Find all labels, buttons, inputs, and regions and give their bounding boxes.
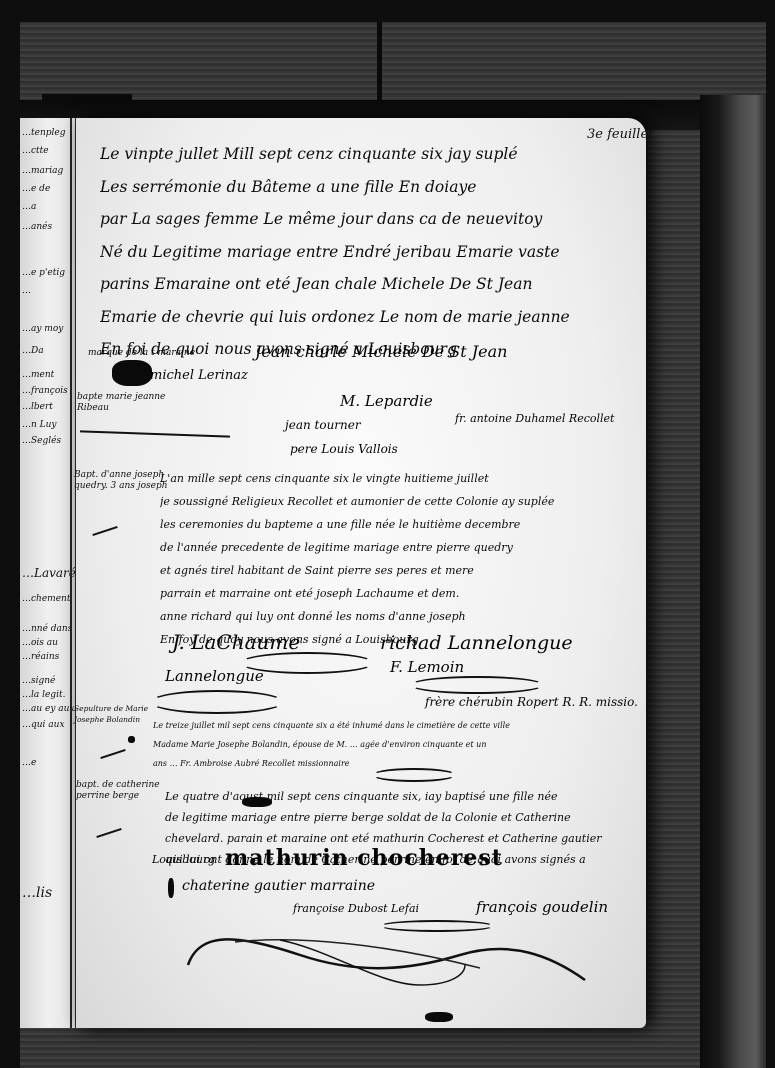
left-fragment: …au ey aux <box>22 704 75 715</box>
entry-line: de legitime mariage entre pierre berge s… <box>165 808 643 829</box>
left-fragment: …a <box>22 202 36 213</box>
left-fragment: …chement <box>22 594 70 605</box>
margin-note-entry-1: bapte marie jeanne Ribeau <box>77 392 165 414</box>
entry-line: Madame Marie Josephe Bolandin, épouse de… <box>153 736 643 755</box>
left-fragment: …Da <box>22 346 44 357</box>
left-fragment: …anés <box>22 222 52 233</box>
entry-line: de l'année precedente de legitime mariag… <box>160 537 640 560</box>
margin-note-line: Josephe Bolandin <box>74 714 148 725</box>
signature: pere Louis Vallois <box>290 442 398 456</box>
ink-smudge <box>425 1012 453 1022</box>
entry-line: anne richard qui luy ont donné les noms … <box>160 606 640 629</box>
entry-line: et agnés tirel habitant de Saint pierre … <box>160 560 640 583</box>
left-fragment: …la legit. <box>22 690 65 701</box>
margin-note-line: Ribeau <box>77 403 165 414</box>
signature-flourish <box>150 690 284 714</box>
left-fragment: …Lavaré <box>22 568 76 579</box>
signature: jean tourner <box>285 418 361 432</box>
closing-flourish <box>180 930 600 1000</box>
margin-note-line: bapt. de catherine <box>76 780 160 791</box>
margin-note-line: perrine berge <box>76 791 160 802</box>
entry-line: parins Emaraine ont eté Jean chale Miche… <box>100 268 645 301</box>
left-fragment: … <box>22 286 31 297</box>
margin-note-entry-3: Sepulture de Marie Josephe Bolandin <box>74 703 148 725</box>
left-fragment: …e <box>22 758 36 769</box>
signature: Lannelongue <box>165 667 264 685</box>
ink-mark <box>168 878 174 898</box>
ink-dot <box>128 736 135 743</box>
place-name: Louisbourg <box>152 853 215 866</box>
signature: Jean charle Michele De St Jean <box>255 342 507 361</box>
left-fragment: …n Luy <box>22 420 57 431</box>
left-fragment: …Seglés <box>22 436 61 447</box>
margin-note-line: Bapt. d'anne joseph <box>74 470 168 481</box>
left-fragment: …nné dans <box>22 624 72 635</box>
entry-line: Le quatre d'aoust mil sept cens cinquant… <box>165 787 643 808</box>
entry-line: Le vinpte jullet Mill sept cenz cinquant… <box>100 138 645 171</box>
signature: M. Lepardie <box>340 392 433 410</box>
margin-note-entry-2: Bapt. d'anne joseph quedry. 3 ans joseph <box>74 470 168 492</box>
signature: richad Lannelongue <box>380 632 573 654</box>
left-fragment: …lis <box>22 888 52 899</box>
signature: mathurin chocherest <box>225 845 503 871</box>
page-gutter <box>70 118 72 1028</box>
ink-blot <box>112 360 152 386</box>
left-fragment: …qui aux <box>22 720 65 731</box>
binding-shadow-right <box>700 95 766 1068</box>
signature: fr. antoine Duhamel Recollet <box>455 412 614 425</box>
burial-entry-3: Le treize juillet mil sept cens cinquant… <box>153 717 643 774</box>
entry-line: Les serrémonie du Bâteme a une fille En … <box>100 171 645 204</box>
left-fragment: …ay moy <box>22 324 63 335</box>
entry-line: parrain et marraine ont eté joseph Lacha… <box>160 583 640 606</box>
left-fragment: …e p'etig <box>22 268 65 279</box>
entry-line: Emarie de chevrie qui luis ordonez Le no… <box>100 301 645 334</box>
left-fragment: …mariag <box>22 166 63 177</box>
left-fragment: …réains <box>22 652 59 663</box>
entry-line: Né du Legitime mariage entre Endré jerib… <box>100 236 645 269</box>
signature: françois goudelin <box>476 898 608 916</box>
left-fragment: …ois au <box>22 638 58 649</box>
margin-note-line: bapte marie jeanne <box>77 392 165 403</box>
left-fragment: …ctte <box>22 146 49 157</box>
left-fragment: …signé <box>22 676 55 687</box>
left-fragment: …tenpleg <box>22 128 65 139</box>
left-facing-page: …tenpleg …ctte …mariag …e de …a …anés …e… <box>20 118 76 1028</box>
signature-flourish <box>410 676 544 694</box>
signature: michel Lerinaz <box>150 368 248 383</box>
signature-flourish <box>372 768 456 782</box>
signature: frère chérubin Ropert R. R. missio. <box>425 695 638 709</box>
left-fragment: …ment <box>22 370 54 381</box>
entry-line: je soussigné Religieux Recollet et aumon… <box>160 491 640 514</box>
godmother-mark-note: marque de la ṫ maraine <box>88 348 195 358</box>
margin-note-line: Sepulture de Marie <box>74 703 148 714</box>
margin-note-entry-4: bapt. de catherine perrine berge <box>76 780 160 802</box>
entry-line: les ceremonies du bapteme a une fille né… <box>160 514 640 537</box>
entry-line: Le treize juillet mil sept cens cinquant… <box>153 717 643 736</box>
left-fragment: …françois <box>22 386 68 397</box>
baptism-entry-2: L'an mille sept cens cinquante six le vi… <box>160 468 640 652</box>
entry-line: par La sages femme Le même jour dans ca … <box>100 203 645 236</box>
signature: F. Lemoin <box>390 658 464 676</box>
signature: J. LaChaume <box>172 630 300 654</box>
margin-note-line: quedry. 3 ans joseph <box>74 481 168 492</box>
ink-smudge <box>242 797 272 807</box>
baptism-entry-1: Le vinpte jullet Mill sept cenz cinquant… <box>100 138 645 366</box>
entry-line: L'an mille sept cens cinquante six le vi… <box>160 468 640 491</box>
left-fragment: …e de <box>22 184 50 195</box>
signature: chaterine gautier marraine <box>182 878 375 894</box>
left-fragment: …lbert <box>22 402 53 413</box>
signature: françoise Dubost Lefai <box>293 902 419 915</box>
